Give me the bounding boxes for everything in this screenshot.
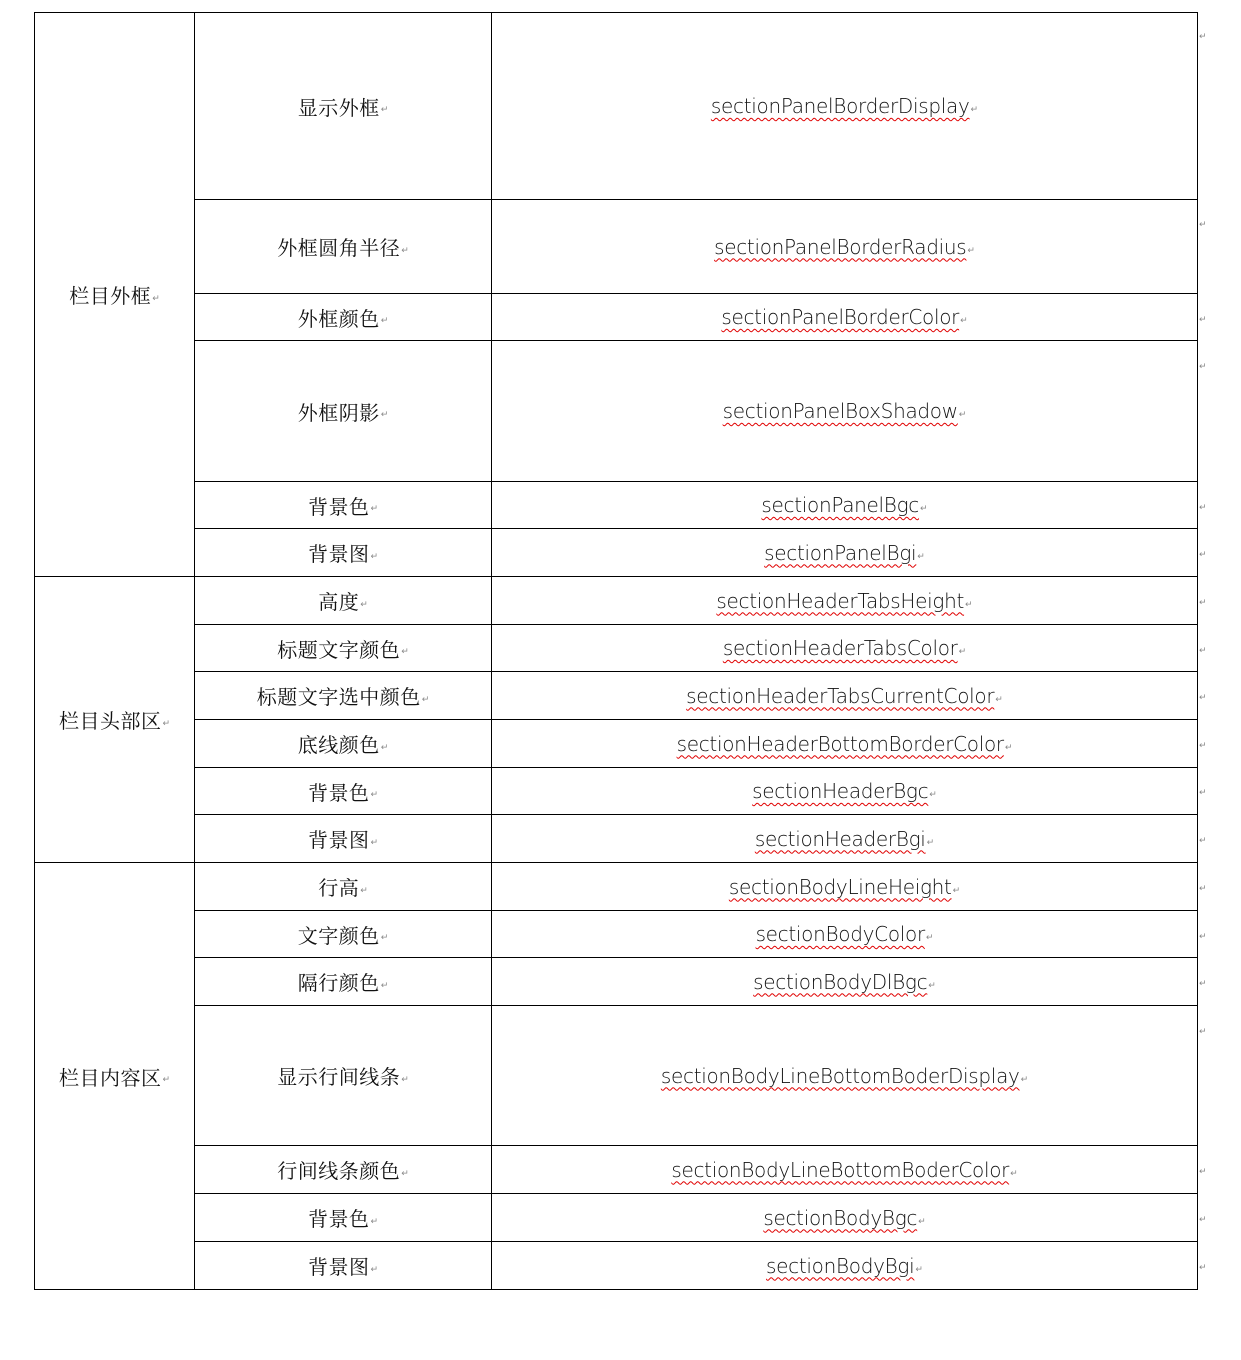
property-key-cell: sectionHeaderBgi↵ (491, 814, 1197, 862)
property-name-cell: 标题文字选中颜色↵ (194, 671, 491, 719)
paragraph-mark-icon: ↵ (971, 105, 979, 115)
row-end-mark-icon: ↵ (1199, 1263, 1207, 1273)
paragraph-mark-icon: ↵ (381, 743, 389, 753)
paragraph-mark-icon: ↵ (967, 246, 975, 256)
row-end-mark-icon: ↵ (1199, 550, 1207, 560)
property-name-cell: 显示行间线条↵ (194, 1005, 491, 1145)
row-end-mark-icon: ↵ (1199, 1215, 1207, 1225)
group-cell: 栏目头部区↵ (34, 576, 194, 862)
paragraph-mark-icon: ↵ (1021, 1075, 1029, 1085)
paragraph-mark-icon: ↵ (995, 695, 1003, 705)
property-key-cell: sectionBodyBgc↵ (491, 1193, 1197, 1241)
paragraph-mark-icon: ↵ (959, 410, 967, 420)
paragraph-mark-icon: ↵ (401, 647, 409, 657)
property-name-cell: 隔行颜色↵ (194, 957, 491, 1005)
property-key-cell: sectionHeaderBgc↵ (491, 767, 1197, 814)
property-name: 显示外框 (298, 92, 380, 121)
paragraph-mark-icon: ↵ (959, 647, 967, 657)
property-key: sectionPanelBorderColor (721, 305, 959, 329)
property-key: sectionPanelBgc (761, 493, 919, 517)
paragraph-mark-icon: ↵ (920, 504, 928, 514)
property-name: 背景图 (308, 824, 370, 853)
paragraph-mark-icon: ↵ (370, 790, 378, 800)
property-name-cell: 背景图↵ (194, 1241, 491, 1289)
paragraph-mark-icon: ↵ (401, 1169, 409, 1179)
row-end-mark-icon: ↵ (1199, 788, 1207, 798)
property-name-cell: 显示外框↵ (194, 12, 491, 199)
property-key-cell: sectionPanelBgi↵ (491, 528, 1197, 576)
property-key: sectionHeaderTabsHeight (716, 589, 964, 613)
group-cell: 栏目外框↵ (34, 12, 194, 576)
property-name-cell: 行高↵ (194, 862, 491, 910)
property-name: 底线颜色 (298, 729, 380, 758)
property-key: sectionBodyLineHeight (729, 875, 952, 899)
paragraph-mark-icon: ↵ (965, 600, 973, 610)
property-name: 背景色 (308, 777, 370, 806)
property-name-cell: 背景图↵ (194, 528, 491, 576)
property-name-cell: 背景色↵ (194, 767, 491, 814)
paragraph-mark-icon: ↵ (1005, 743, 1013, 753)
paragraph-mark-icon: ↵ (422, 695, 430, 705)
property-name: 隔行颜色 (298, 967, 380, 996)
paragraph-mark-icon: ↵ (152, 294, 160, 304)
paragraph-mark-icon: ↵ (953, 886, 961, 896)
property-name: 外框颜色 (298, 303, 380, 332)
property-name-cell: 文字颜色↵ (194, 910, 491, 957)
paragraph-mark-icon: ↵ (918, 1217, 926, 1227)
paragraph-mark-icon: ↵ (360, 600, 368, 610)
paragraph-mark-icon: ↵ (162, 719, 170, 729)
row-end-mark-icon: ↵ (1199, 646, 1207, 656)
property-key: sectionBodyLineBottomBoderDisplay (661, 1064, 1020, 1088)
group-cell: 栏目内容区↵ (34, 862, 194, 1289)
property-name-cell: 外框颜色↵ (194, 293, 491, 340)
property-key: sectionHeaderBottomBorderColor (677, 732, 1004, 756)
row-end-mark-icon: ↵ (1199, 741, 1207, 751)
property-key-cell: sectionBodyLineHeight↵ (491, 862, 1197, 910)
property-key-cell: sectionPanelBoxShadow↵ (491, 340, 1197, 481)
property-key: sectionPanelBorderDisplay (711, 94, 970, 118)
row-end-mark-icon: ↵ (1199, 979, 1207, 989)
paragraph-mark-icon: ↵ (928, 981, 936, 991)
property-key-cell: sectionPanelBorderRadius↵ (491, 199, 1197, 293)
row-end-mark-icon: ↵ (1199, 598, 1207, 608)
row-end-mark-icon: ↵ (1199, 315, 1207, 325)
property-key-cell: sectionBodyColor↵ (491, 910, 1197, 957)
property-key: sectionHeaderTabsCurrentColor (686, 684, 994, 708)
property-name: 外框圆角半径 (277, 232, 400, 261)
property-name: 行高 (318, 872, 359, 901)
property-key-cell: sectionPanelBorderColor↵ (491, 293, 1197, 340)
property-key: sectionPanelBoxShadow (723, 399, 958, 423)
paragraph-mark-icon: ↵ (370, 1217, 378, 1227)
property-key: sectionBodyBgc (763, 1206, 917, 1230)
group-label: 栏目外框 (69, 280, 151, 309)
paragraph-mark-icon: ↵ (929, 790, 937, 800)
property-key-cell: sectionBodyLineBottomBoderColor↵ (491, 1145, 1197, 1193)
paragraph-mark-icon: ↵ (926, 933, 934, 943)
paragraph-mark-icon: ↵ (917, 552, 925, 562)
property-key-cell: sectionBodyBgi↵ (491, 1241, 1197, 1289)
property-key: sectionHeaderBgc (752, 779, 928, 803)
property-name: 行间线条颜色 (277, 1155, 400, 1184)
property-key: sectionBodyDlBgc (753, 970, 927, 994)
row-end-mark-icon: ↵ (1199, 503, 1207, 513)
property-key: sectionPanelBgi (764, 541, 916, 565)
paragraph-mark-icon: ↵ (960, 316, 968, 326)
paragraph-mark-icon: ↵ (381, 933, 389, 943)
paragraph-mark-icon: ↵ (360, 886, 368, 896)
property-key: sectionHeaderTabsColor (723, 636, 958, 660)
row-end-mark-icon: ↵ (1199, 362, 1207, 372)
property-name-cell: 标题文字颜色↵ (194, 624, 491, 671)
property-name: 标题文字颜色 (277, 634, 400, 663)
property-name: 背景图 (308, 1251, 370, 1280)
paragraph-mark-icon: ↵ (370, 838, 378, 848)
paragraph-mark-icon: ↵ (162, 1075, 170, 1085)
property-key: sectionBodyLineBottomBoderColor (671, 1158, 1009, 1182)
property-name: 文字颜色 (298, 920, 380, 949)
property-name-cell: 底线颜色↵ (194, 719, 491, 767)
row-end-mark-icon: ↵ (1199, 693, 1207, 703)
property-name: 显示行间线条 (277, 1061, 400, 1090)
paragraph-mark-icon: ↵ (927, 838, 935, 848)
property-key-cell: sectionPanelBorderDisplay↵ (491, 12, 1197, 199)
property-key: sectionPanelBorderRadius (714, 235, 966, 259)
row-end-mark-icon: ↵ (1199, 220, 1207, 230)
paragraph-mark-icon: ↵ (401, 1075, 409, 1085)
property-name: 高度 (318, 586, 359, 615)
group-label: 栏目头部区 (59, 705, 162, 734)
property-key-cell: sectionBodyLineBottomBoderDisplay↵ (491, 1005, 1197, 1145)
property-key-cell: sectionBodyDlBgc↵ (491, 957, 1197, 1005)
property-key: sectionBodyBgi (766, 1254, 914, 1278)
property-name-cell: 背景图↵ (194, 814, 491, 862)
paragraph-mark-icon: ↵ (915, 1265, 923, 1275)
property-key-cell: sectionHeaderTabsHeight↵ (491, 576, 1197, 624)
property-key: sectionHeaderBgi (755, 827, 926, 851)
property-name-cell: 背景色↵ (194, 481, 491, 528)
row-end-mark-icon: ↵ (1199, 1167, 1207, 1177)
property-name: 背景图 (308, 538, 370, 567)
property-name-cell: 背景色↵ (194, 1193, 491, 1241)
property-name-cell: 行间线条颜色↵ (194, 1145, 491, 1193)
property-name: 标题文字选中颜色 (257, 681, 421, 710)
row-end-mark-icon: ↵ (1199, 836, 1207, 846)
paragraph-mark-icon: ↵ (370, 504, 378, 514)
property-key-cell: sectionHeaderTabsCurrentColor↵ (491, 671, 1197, 719)
row-end-mark-icon: ↵ (1199, 884, 1207, 894)
property-key: sectionBodyColor (756, 922, 925, 946)
paragraph-mark-icon: ↵ (370, 552, 378, 562)
paragraph-mark-icon: ↵ (1010, 1169, 1018, 1179)
group-label: 栏目内容区 (59, 1062, 162, 1091)
property-name: 外框阴影 (298, 397, 380, 426)
property-name-cell: 高度↵ (194, 576, 491, 624)
paragraph-mark-icon: ↵ (381, 105, 389, 115)
paragraph-mark-icon: ↵ (381, 981, 389, 991)
paragraph-mark-icon: ↵ (381, 316, 389, 326)
row-end-mark-icon: ↵ (1199, 1027, 1207, 1037)
row-end-mark-icon: ↵ (1199, 932, 1207, 942)
property-name-cell: 外框阴影↵ (194, 340, 491, 481)
property-name-cell: 外框圆角半径↵ (194, 199, 491, 293)
paragraph-mark-icon: ↵ (381, 410, 389, 420)
property-key-cell: sectionHeaderTabsColor↵ (491, 624, 1197, 671)
property-key-cell: sectionPanelBgc↵ (491, 481, 1197, 528)
property-name: 背景色 (308, 491, 370, 520)
property-key-cell: sectionHeaderBottomBorderColor↵ (491, 719, 1197, 767)
paragraph-mark-icon: ↵ (401, 246, 409, 256)
row-end-mark-icon: ↵ (1199, 32, 1207, 42)
property-name: 背景色 (308, 1203, 370, 1232)
paragraph-mark-icon: ↵ (370, 1265, 378, 1275)
